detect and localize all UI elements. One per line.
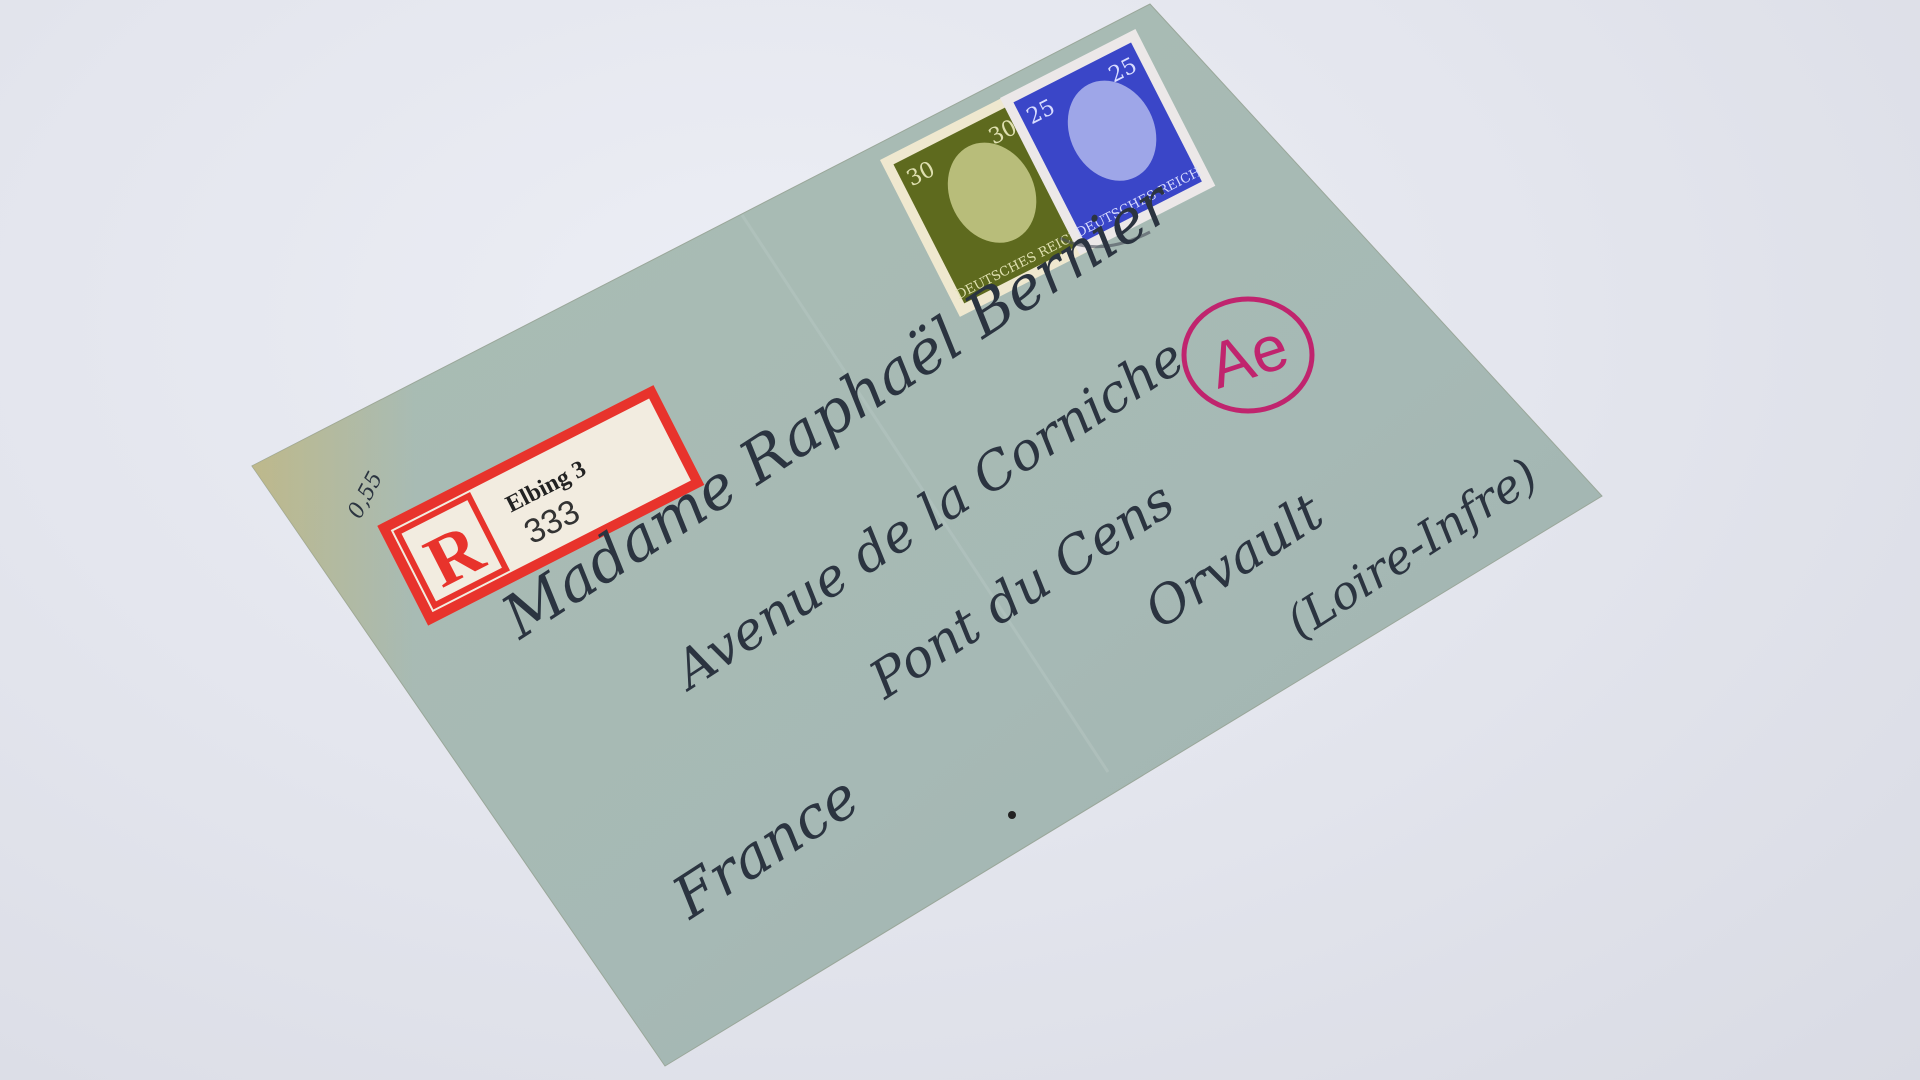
photo-scene: 0,55 R Elbing 3 333 30 30 DEUTSCHES REIC… xyxy=(0,0,1920,1080)
envelope-photo: 0,55 R Elbing 3 333 30 30 DEUTSCHES REIC… xyxy=(0,0,1920,1080)
